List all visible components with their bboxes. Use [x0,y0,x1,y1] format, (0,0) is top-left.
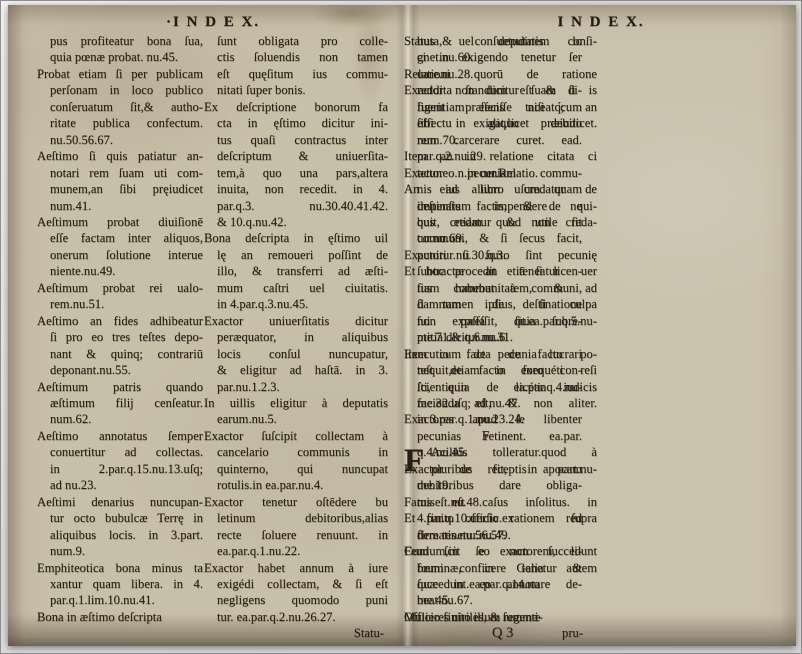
index-line: par.q.1.lim.10.nu.41. [37,592,203,608]
index-line: earum.nu.5. [204,411,388,427]
index-line: Exactor tenetur oſtēdere bu [204,494,388,510]
index-line: num.41. [37,198,203,214]
index-line: in 4.par.q.3.nu.45. [204,296,388,312]
index-line: pus profiteatur bona ſua, [37,33,203,49]
index-line: in 2.par.q.15.nu.13.uſq; [37,461,203,477]
index-line: gnet.nu.60. [404,49,597,65]
index-line: Executio facta de facto po- [404,346,597,362]
index-line: locis conſul nuncupatur, [204,346,388,362]
index-line: Item an in relatione citata ci [404,148,597,164]
index-entry: Aeſtimi denarius nuncupan-tur octo bubul… [37,494,203,560]
index-line: & eligitur ad haſtā. in 3. [204,362,388,378]
right-page: I N D E X. Statuta,& conſuetudinem loci … [404,5,796,646]
page-header-right: I N D E X. [506,14,696,31]
index-line: damnum ipſius, ſi culpa [404,296,597,312]
index-line: letinum debitoribus,alias [204,510,388,526]
index-entry: FAcilius tolleratur.quod àpluribus fit, … [404,444,597,493]
index-line: perſonam in loco publico [37,82,203,98]
page-header-left: ·I N D E X. [118,14,308,31]
index-line: Aeſtimo annotatus ſemper [37,428,203,444]
index-line: inuita, non recedit. in 4. [204,181,388,197]
index-line: bus credatur & non creda- [404,214,597,230]
index-line: deſcriptum & uniuerſita- [204,148,388,164]
column-footer: Statu- [204,625,388,641]
index-line: Acilius tolleratur.quod à [404,444,597,460]
book-scan-photo: ·I N D E X. pus profiteatur bona ſua,qui… [8,5,796,646]
section-letter: F [404,428,597,444]
index-line: conſeruatum ſit,& autho- [37,99,203,115]
index-entry: Mulieres uiriles, & ſummæ [404,609,597,625]
index-entry: Probat etiam ſi per publicamperſonam in … [37,66,203,148]
index-entry: Famis eſt caſus inſolitus. in4.par.q.10.… [404,494,597,543]
index-line: peræquator, in aliquibus [204,329,388,345]
index-line: tur.nu.69. [404,230,597,246]
index-line: cancelario communis in [204,444,388,460]
index-entry: Aeſtimum patris quandoæſtimum filij cenſ… [37,379,203,428]
index-line: ſti, quia de licétia iudicis [404,379,597,395]
catchword: pru- [562,625,583,641]
index-line: mum caſtri uel ciuitatis. [204,280,388,296]
index-line: onerum ſolutione interue [37,247,203,263]
index-column-right-2: bus uel deputatis conſi-gnet.nu.60.Relat… [404,33,597,642]
index-line: Mulieres uiriles, & ſummæ [404,609,597,625]
index-entry: Bona deſcripta in ęſtimo uillę an remoue… [204,230,388,312]
index-line: quia pœnæ probat. nu.45. [37,49,203,65]
index-line: ctis ſoluendis non tamen [204,49,388,65]
index-entry: Feudum,in eo non ſucceduntfœminæ, in Gal… [404,543,597,609]
index-line: Aeſtimum probat diuiſionē [37,214,203,230]
index-line: ea.par.q.1.nu.22. [204,543,388,559]
index-line: ſi pro eo tres teſtes depo- [37,329,203,345]
signature-mark: Q 3 [492,625,513,641]
index-line: par.nu.1.2.3. [204,379,388,395]
index-line: rotulis.in ea.par.nu.4. [204,477,388,493]
index-line: deponant.nu.55. [37,362,203,378]
index-line: quinterno, qui nuncupat [204,461,388,477]
index-entry: Emphiteotica bona minus taxantur quam li… [37,560,203,609]
index-line: impenſis factis, & de qui- [404,198,597,214]
index-entry: Aeſtimo annotatus ſemperconuertitur ad c… [37,428,203,494]
index-line: bus uel deputatis conſi- [404,33,597,49]
index-entry: Aeſtimum probat diuiſionēeſſe factam int… [37,214,203,280]
index-line: ſus communitatem, & ad [404,280,597,296]
index-line: tur. ea.par.q.2.nu.26.27. [204,609,388,625]
index-line: in 3.par.q.1.nu.23.24. [404,411,597,427]
drop-cap-initial: F [404,446,424,477]
index-entry: pus profiteatur bona ſua,quia pœnæ proba… [37,33,203,66]
index-line: Famis eſt caſus inſolitus. in [404,494,597,510]
index-line: niente.nu.49. [37,263,203,279]
index-entry: Bona in æſtimo deſcripta [37,609,203,625]
index-line: 4.par.q.10.uerſic.ex ſupra [404,510,597,526]
index-line: num.70. [404,132,597,148]
scan-frame: ·I N D E X. pus profiteatur bona ſua,qui… [0,0,802,654]
index-entry: Item an in relatione citata citetur.eo.n… [404,148,597,181]
index-line: firmatis.nu.56.57. [404,527,597,543]
index-line: Aeſtimo an fides adhibeatur [37,313,203,329]
index-line: illo, & transferri ad æſti- [204,263,388,279]
index-line: Relationi quorū de ratione [404,66,597,82]
index-line: exigédi collectam, & ſi eſt [204,576,388,592]
index-line: pluribus fit, in part.nu- [404,461,597,477]
index-line: negligens quomodo puni [204,592,388,608]
index-line: num.62. [37,411,203,427]
index-entry: In uillis eligitur à deputatisearum.nu.5… [204,395,388,428]
index-line: Exactor habet annum à iure [204,560,388,576]
index-line: teſt de facto exequéti reſi [404,362,597,378]
index-line: recte ſoluere renuunt. in [204,527,388,543]
index-line: xantur quam libera. in 4. [37,576,203,592]
index-line: cta in ęſtimo dicitur ini- [204,115,388,131]
index-line: ſuccedunt.ea.par.q.14.nu [404,576,597,592]
index-entry: Exactor habet annum à iureexigédi collec… [204,560,388,626]
index-line: In uillis eligitur à deputatis [204,395,388,411]
index-line: Probat etiam ſi per publicam [37,66,203,82]
index-entry: Relationi quorū de rationereddita ſtandu… [404,66,597,148]
index-entry: Exactor tenetur oſtēdere buletinum debit… [204,494,388,560]
index-line: reddita ſtandum eſt & ſi is [404,82,597,98]
index-line: me.45. [404,592,597,608]
index-line: Bona in æſtimo deſcripta [37,609,203,625]
index-entry: Ex deſcriptione bonorum facta in ęſtimo … [204,99,388,231]
catchword: Statu- [354,625,384,641]
index-entry: bus uel deputatis conſi-gnet.nu.60. [404,33,597,66]
left-page: ·I N D E X. pus profiteatur bona ſua,qui… [8,5,404,646]
index-line: par.q.3. nu.30.40.41.42. [204,198,388,214]
index-line: nitati ſuper bonis. [204,82,388,98]
index-line: notari rem ſuam uti com- [37,165,203,181]
index-entry: Aeſtimum probat rei ualo-rem.nu.51. [37,280,203,313]
index-column-left-2: ſunt obligata pro colle-ctis ſoluendis n… [204,33,388,642]
index-line: æſtimum filij cenſeatur. [37,395,203,411]
index-line: nu.50.56.67. [37,132,203,148]
index-line: ſunt obligata pro colle- [204,33,388,49]
index-entry: Exactor ſuſcipit collectam àcancelario c… [204,428,388,494]
index-line: & 10.q.nu.42. [204,214,388,230]
index-line: tem,à quo una pars,altera [204,165,388,181]
index-entry: Exactor uniuerſitatis diciturperæquator,… [204,313,388,395]
index-line: ſubtractæ an teneatur uer [404,263,597,279]
index-line: Exactor ſuſcipit collectam à [204,428,388,444]
index-line: Aeſtimo ſi quis patiatur an- [37,148,203,164]
index-line: nant & quinq; contrariū [37,346,203,362]
index-line: tetur.eo.n.in uer.Relatio. [404,165,597,181]
index-line: Aeſtimi denarius nuncupan- [37,494,203,510]
index-line: tur octo bubulcæ Terrę in [37,510,203,526]
index-entry: Exactori ſi furto ſint pecunięſubtractæ … [404,247,597,346]
index-entry: Aeſtimo ſi quis patiatur an-notari rem ſ… [37,148,203,214]
index-line: An eius libro credatur de [404,181,597,197]
index-line: tus quaſi contractus inter [204,132,388,148]
index-entry: An eius libro credatur deimpenſis factis… [404,181,597,247]
index-line: lę an remoueri poſſint de [204,247,388,263]
index-line: Exactor uniuerſitatis dicitur [204,313,388,329]
index-column-left-1: pus profiteatur bona ſua,quia pœnæ proba… [37,33,203,625]
index-line: munem,an ſibi pręiudicet [37,181,203,197]
index-line: ritate publica confectum. [37,115,203,131]
index-line: rem.nu.51. [37,296,203,312]
index-line: conuertitur ad collectas. [37,444,203,460]
index-line: facienda eſt, & non aliter. [404,395,597,411]
index-line: me.71.& q.6.nu.6. [404,329,597,345]
index-line: me.19. [404,477,597,493]
index-line: Aeſtimum probat rei ualo- [37,280,203,296]
index-line: Bona deſcripta in ęſtimo uil [204,230,388,246]
index-entry: Executio facta de facto po-teſt de facto… [404,346,597,428]
column-footer: Q 3pru- [404,625,597,641]
index-line: Exactori ſi furto ſint pecunię [404,247,597,263]
index-line: fœminæ, in Galia autem [404,560,597,576]
index-line: Ex deſcriptione bonorum fa [204,99,388,115]
index-line: ſibi in aliquo præiudicet. [404,115,597,131]
index-line: Emphiteotica bona minus ta [37,560,203,576]
index-line: ſui paſſa ſit.ea.par.q.5.nu- [404,313,597,329]
index-line: aliquibus locis. in 3.part. [37,527,203,543]
index-line: Aeſtimum patris quando [37,379,203,395]
index-line: eſt quęſitum ius commu- [204,66,388,82]
index-entry: Aeſtimo an fides adhibeaturſi pro eo tre… [37,313,203,379]
index-line: fuerit præſens taceatq́; an [404,99,597,115]
index-line: eſſe factam inter aliquos, [37,230,203,246]
index-line: ad nu.23. [37,477,203,493]
index-entry: ſunt obligata pro colle-ctis ſoluendis n… [204,33,388,99]
index-line: num.9. [37,543,203,559]
index-line: Feudum,in eo non ſuccedunt [404,543,597,559]
